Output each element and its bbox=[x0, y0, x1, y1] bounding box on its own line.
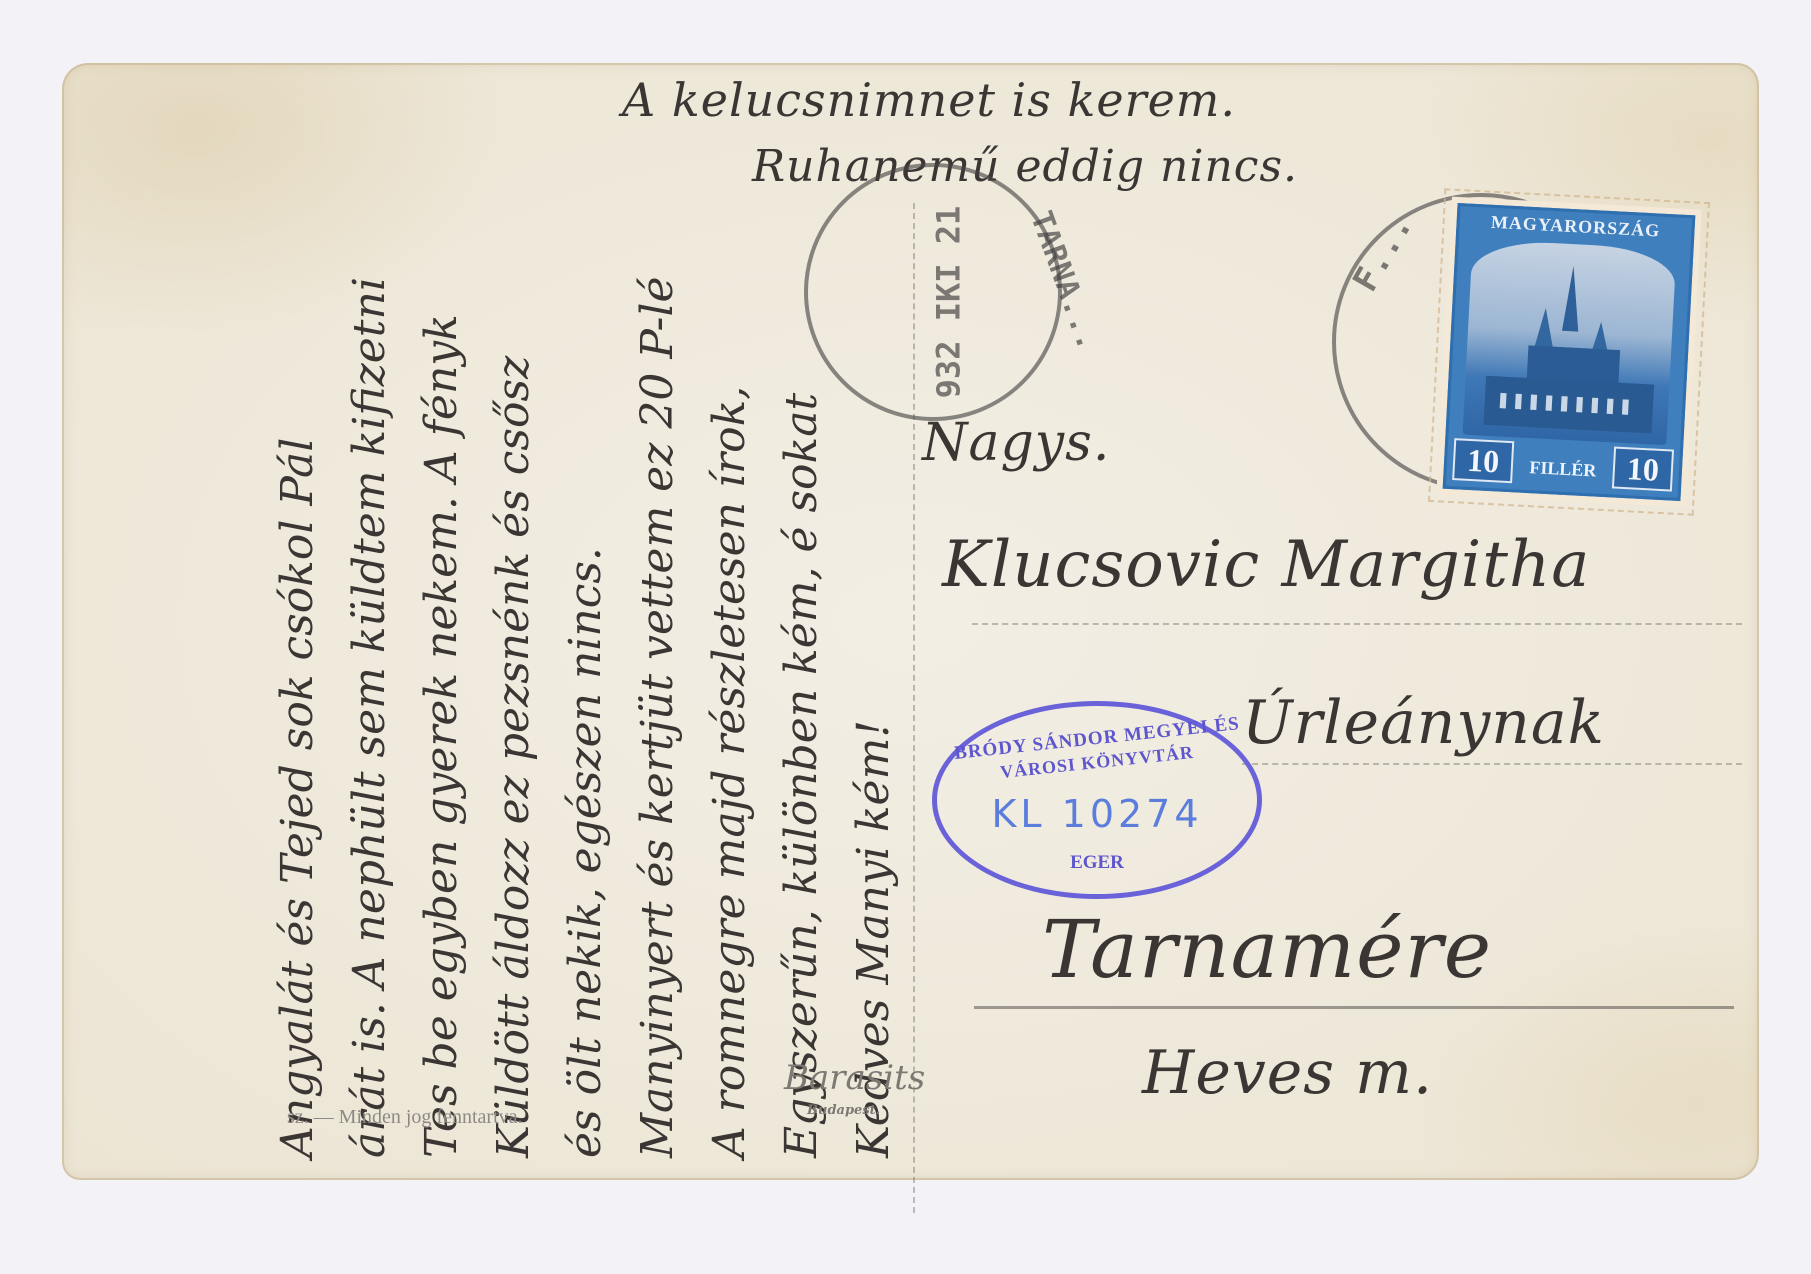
message-line: Egyszerűn, különben kém, é sokat bbox=[780, 393, 824, 1158]
stamp-country: MAGYARORSZÁG bbox=[1459, 210, 1692, 243]
library-stamp: BRÓDY SÁNDOR MEGYEI ÉS VÁROSI KÖNYVTÁR K… bbox=[932, 701, 1262, 899]
address-salutation: Nagys. bbox=[922, 413, 1110, 473]
catalog-number: KL 10274 bbox=[937, 792, 1257, 836]
library-stamp-city: EGER bbox=[937, 852, 1257, 874]
publisher-city: Budapest. bbox=[807, 1103, 880, 1118]
address-title: Úrleánynak bbox=[1242, 688, 1605, 758]
postcard: Kedves Manyi kém! Egyszerűn, különben ké… bbox=[62, 63, 1759, 1180]
address-line-2 bbox=[1242, 763, 1742, 765]
message-line: Manyinyert és kertjüt vettem ez 20 P-lé bbox=[636, 276, 680, 1158]
message-line: Angyalát és Tejed sok csókol Pál bbox=[276, 438, 320, 1158]
stamp-value-right: 10 bbox=[1612, 446, 1674, 491]
top-note-line: A kelucsnimnet is kerem. bbox=[622, 73, 1236, 127]
church-illustration bbox=[1463, 239, 1677, 445]
address-name: Klucsovic Margitha bbox=[942, 528, 1590, 602]
stamp-value-left: 10 bbox=[1452, 438, 1514, 483]
postage-stamp: MAGYARORSZÁG 10 bbox=[1436, 197, 1701, 508]
address-line-1 bbox=[972, 623, 1742, 625]
message-line: árát is. A nephült sem küldtem kifizetni bbox=[348, 277, 392, 1158]
address-line-3 bbox=[974, 1006, 1734, 1009]
message-line: Küldött áldozz ez pezsnénk és csősz bbox=[492, 356, 536, 1158]
church-icon bbox=[1463, 239, 1677, 445]
address-county: Heves m. bbox=[1142, 1038, 1433, 1108]
publisher-logo: Barasits bbox=[784, 1058, 925, 1098]
message-line: és ölt nekik, egészen nincs. bbox=[564, 547, 608, 1158]
stamp-unit: FILLÉR bbox=[1518, 457, 1607, 483]
message-line: Tes be egyben gyerek nekem. A fényk bbox=[420, 314, 464, 1158]
top-note-line: Ruhanemű eddig nincs. bbox=[752, 141, 1298, 192]
message-line: A romnegre majd részletesen írok, bbox=[708, 386, 752, 1158]
postmark-date: 932 IKI 21 bbox=[929, 206, 967, 399]
rights-notice: sz. — Minden jog fenntartva. bbox=[287, 1106, 523, 1129]
address-city: Tarnamére bbox=[1042, 903, 1492, 996]
